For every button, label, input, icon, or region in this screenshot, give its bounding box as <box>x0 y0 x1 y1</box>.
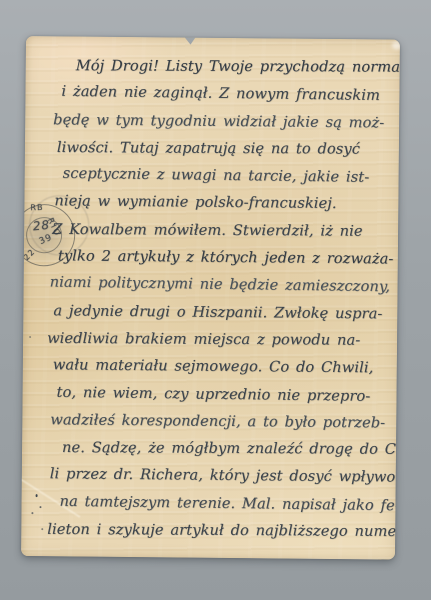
ink-speck <box>31 512 33 514</box>
handwritten-line: Mój Drogi! Listy Twoje przychodzą normal… <box>46 52 396 81</box>
handwritten-line: Z Kowalbem mówiłem. Stwierdził, iż nie <box>44 216 394 245</box>
postmark-letters: RB <box>30 203 43 212</box>
handwritten-line: liwości. Tutaj zapatrują się na to dosyć <box>45 134 395 163</box>
handwritten-line: li przez dr. Richera, który jest dosyć w… <box>42 461 392 492</box>
handwritten-line: na tamtejszym terenie. Mal. napisał jako… <box>41 487 391 519</box>
handwritten-line: niami politycznymi nie będzie zamieszczo… <box>43 269 393 301</box>
letter-paper: Mój Drogi! Listy Twoje przychodzą normal… <box>21 36 400 560</box>
ink-speck <box>41 528 43 530</box>
photo-scene: Mój Drogi! Listy Twoje przychodzą normal… <box>0 0 431 600</box>
paper-top-tear-notch <box>184 37 196 45</box>
handwritten-line: będę w tym tygodniu widział jakie są moż… <box>45 106 395 137</box>
handwritten-line: i żaden nie zaginął. Z nowym francuskim <box>45 78 395 110</box>
handwritten-line: nieją w wymianie polsko-francuskiej. <box>44 188 394 219</box>
handwritten-line: to, nie wiem, czy uprzednio nie przepro- <box>42 378 392 410</box>
handwritten-line: wadziłeś korespondencji, a to było potrz… <box>42 406 392 437</box>
handwritten-line: wiedliwia brakiem miejsca z powodu na- <box>43 325 393 354</box>
ink-speck <box>29 336 31 338</box>
paper-corner-chip <box>392 42 400 50</box>
handwritten-line: lieton i szykuje artykuł do najbliższego… <box>41 516 391 545</box>
postmark-star: * <box>21 220 23 232</box>
handwritten-line: ne. Sądzę, że mógłbym znaleźć drogę do C… <box>42 434 392 463</box>
ink-speck <box>36 494 38 497</box>
handwritten-line: wału materiału sejmowego. Co do Chwili, <box>43 351 393 382</box>
handwritten-line: a jedynie drugi o Hiszpanii. Zwłokę uspr… <box>43 297 393 328</box>
handwritten-line: sceptycznie z uwagi na tarcie, jakie ist… <box>45 160 395 192</box>
ink-speck <box>39 506 41 508</box>
handwritten-text-block: Mój Drogi! Listy Twoje przychodzą normal… <box>41 51 396 559</box>
